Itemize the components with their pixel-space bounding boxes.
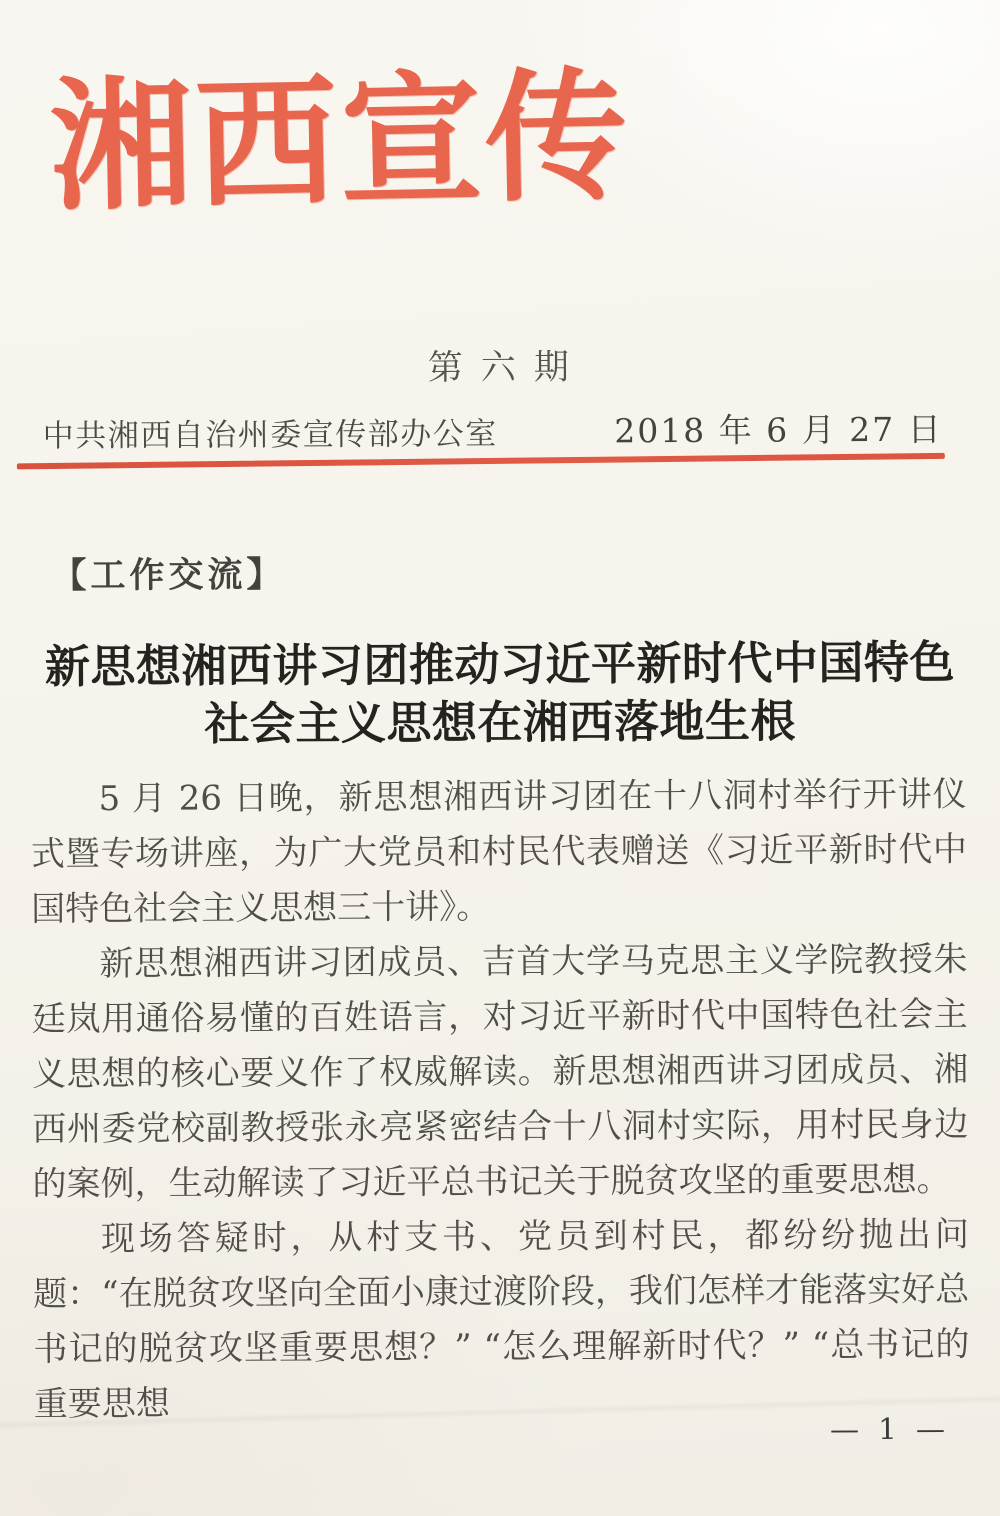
article-title-line1: 新思想湘西讲习团推动习近平新时代中国特色	[20, 633, 980, 696]
publisher-office: 中共湘西自治州委宣传部办公室	[43, 408, 498, 455]
article-body: 5 月 26 日晚，新思想湘西讲习团在十八洞村举行开讲仪式暨专场讲座，为广大党员…	[30, 768, 969, 1433]
newsletter-page: 湘西宣传 第六期 中共湘西自治州委宣传部办公室 2018 年 6 月 27 日 …	[0, 0, 1000, 1516]
article-title: 新思想湘西讲习团推动习近平新时代中国特色 社会主义思想在湘西落地生根	[20, 633, 981, 754]
article-paragraph: 新思想湘西讲习团成员、吉首大学马克思主义学院教授朱廷岚用通俗易懂的百姓语言，对习…	[31, 933, 968, 1213]
publication-date: 2018 年 6 月 27 日	[614, 404, 943, 453]
article-title-line2: 社会主义思想在湘西落地生根	[20, 691, 980, 754]
article-paragraph: 现场答疑时，从村支书、党员到村民，都纷纷抛出问题：“在脱贫攻坚向全面小康过渡阶段…	[33, 1208, 970, 1433]
page-number: — 1 —	[830, 1412, 950, 1447]
article-paragraph: 5 月 26 日晚，新思想湘西讲习团在十八洞村举行开讲仪式暨专场讲座，为广大党员…	[30, 768, 967, 938]
issue-number: 第六期	[0, 337, 998, 392]
page-content: 第六期 中共湘西自治州委宣传部办公室 2018 年 6 月 27 日 【工作交流…	[0, 0, 1000, 1516]
publisher-row: 中共湘西自治州委宣传部办公室 2018 年 6 月 27 日	[43, 404, 943, 456]
section-header: 【工作交流】	[51, 547, 285, 598]
red-divider-rule	[17, 453, 945, 470]
